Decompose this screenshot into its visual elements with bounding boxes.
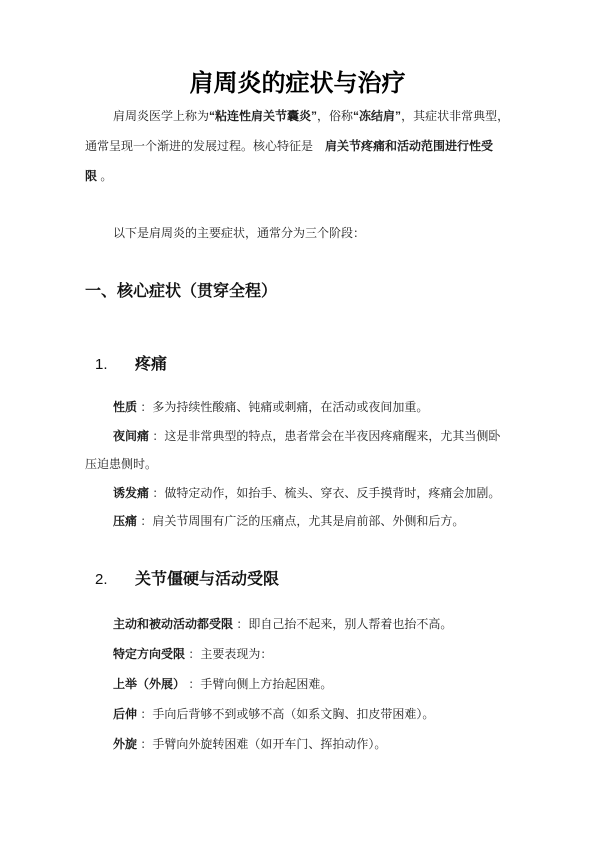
text-run: 。 bbox=[97, 169, 112, 183]
text-run: ：做特定动作，如抬手、梳头、穿衣、反手摸背时，疼痛会加剧。 bbox=[149, 486, 500, 500]
text-line: 肩周炎医学上称为“粘连性肩关节囊炎”，俗称“冻结肩”，其症状非常典型， bbox=[85, 101, 510, 131]
lead-paragraph: 以下是肩周炎的主要症状，通常分为三个阶段： bbox=[85, 218, 510, 248]
text-run: ：即自己抬不起来，别人帮着也抬不高。 bbox=[233, 617, 452, 631]
intro-paragraph: 肩周炎医学上称为“粘连性肩关节囊炎”，俗称“冻结肩”，其症状非常典型，通常呈现一… bbox=[85, 101, 510, 191]
document-title: 肩周炎的症状与治疗 bbox=[85, 0, 510, 97]
subsection-heading-pain: 1.疼痛 bbox=[85, 353, 510, 377]
text-line: 夜间痛 ：这是非常典型的特点，患者常会在半夜因疼痛醒来，尤其当侧卧 bbox=[85, 422, 510, 451]
bold-text-run: 肩关节疼痛和活动范围进行性受 bbox=[325, 139, 493, 153]
text-run: ：这是非常典型的特点，患者常会在半夜因疼痛醒来，尤其当侧卧 bbox=[149, 429, 500, 443]
text-line: 性质 ：多为持续性酸痛、钝痛或刺痛，在活动或夜间加重。 bbox=[85, 393, 510, 422]
text-run: ：主要表现为： bbox=[185, 647, 272, 661]
text-line: 诱发痛 ：做特定动作，如抬手、梳头、穿衣、反手摸背时，疼痛会加剧。 bbox=[85, 479, 510, 508]
text-run: ，俗称 bbox=[317, 109, 353, 123]
bold-text-run: 特定方向受限 bbox=[113, 647, 185, 661]
stiffness-symptom-list: 主动和被动活动都受限 ：即自己抬不起来，别人帮着也抬不高。特定方向受限 ：主要表… bbox=[85, 609, 510, 759]
bold-text-run: 主动和被动活动都受限 bbox=[113, 617, 233, 631]
bold-text-run: 夜间痛 bbox=[113, 429, 149, 443]
text-run: ，其症状非常典型， bbox=[401, 109, 509, 123]
text-line: 通常呈现一个渐进的发展过程。核心特征是 肩关节疼痛和活动范围进行性受 bbox=[85, 131, 510, 161]
bold-text-run: 上举（外展） bbox=[113, 677, 185, 691]
text-run: ：手臂向外旋转困难（如开车门、挥拍动作）。 bbox=[137, 737, 386, 751]
bold-text-run: 压痛 bbox=[113, 514, 137, 528]
subsection-title: 关节僵硬与活动受限 bbox=[135, 571, 279, 588]
section-heading-core-symptoms: 一、核心症状（贯穿全程） bbox=[85, 280, 510, 304]
text-line: 特定方向受限 ：主要表现为： bbox=[85, 639, 510, 669]
bold-text-run: 诱发痛 bbox=[113, 486, 149, 500]
text-run: ：多为持续性酸痛、钝痛或刺痛，在活动或夜间加重。 bbox=[137, 400, 428, 414]
subsection-title: 疼痛 bbox=[135, 356, 167, 373]
document-page: 肩周炎的症状与治疗 肩周炎医学上称为“粘连性肩关节囊炎”，俗称“冻结肩”，其症状… bbox=[0, 0, 595, 841]
text-line: 后伸 ：手向后背够不到或够不高（如系文胸、扣皮带困难）。 bbox=[85, 699, 510, 729]
bold-text-run: “冻结肩” bbox=[353, 109, 401, 123]
text-run: ：手臂向侧上方抬起困难。 bbox=[185, 677, 332, 691]
bold-text-run: 外旋 bbox=[113, 737, 137, 751]
text-line: 限 。 bbox=[85, 161, 510, 191]
text-line: 外旋 ：手臂向外旋转困难（如开车门、挥拍动作）。 bbox=[85, 729, 510, 759]
subsection-number: 1. bbox=[95, 353, 135, 377]
text-run: 肩周炎医学上称为 bbox=[113, 109, 209, 123]
subsection-heading-stiffness: 2.关节僵硬与活动受限 bbox=[85, 568, 510, 592]
text-line: 压迫患侧时。 bbox=[85, 450, 510, 479]
pain-symptom-list: 性质 ：多为持续性酸痛、钝痛或刺痛，在活动或夜间加重。夜间痛 ：这是非常典型的特… bbox=[85, 393, 510, 536]
text-line: 主动和被动活动都受限 ：即自己抬不起来，别人帮着也抬不高。 bbox=[85, 609, 510, 639]
text-line: 压痛 ：肩关节周围有广泛的压痛点，尤其是肩前部、外侧和后方。 bbox=[85, 507, 510, 536]
subsection-number: 2. bbox=[95, 568, 135, 592]
bold-text-run: “粘连性肩关节囊炎” bbox=[209, 109, 317, 123]
text-run: ：手向后背够不到或够不高（如系文胸、扣皮带困难）。 bbox=[137, 707, 434, 721]
text-run: 通常呈现一个渐进的发展过程。核心特征是 bbox=[85, 139, 325, 153]
bold-text-run: 性质 bbox=[113, 400, 137, 414]
text-run: ：肩关节周围有广泛的压痛点，尤其是肩前部、外侧和后方。 bbox=[137, 514, 464, 528]
bold-text-run: 限 bbox=[85, 169, 97, 183]
bold-text-run: 后伸 bbox=[113, 707, 137, 721]
text-run: 压迫患侧时。 bbox=[85, 457, 157, 471]
text-line: 上举（外展） ：手臂向侧上方抬起困难。 bbox=[85, 669, 510, 699]
